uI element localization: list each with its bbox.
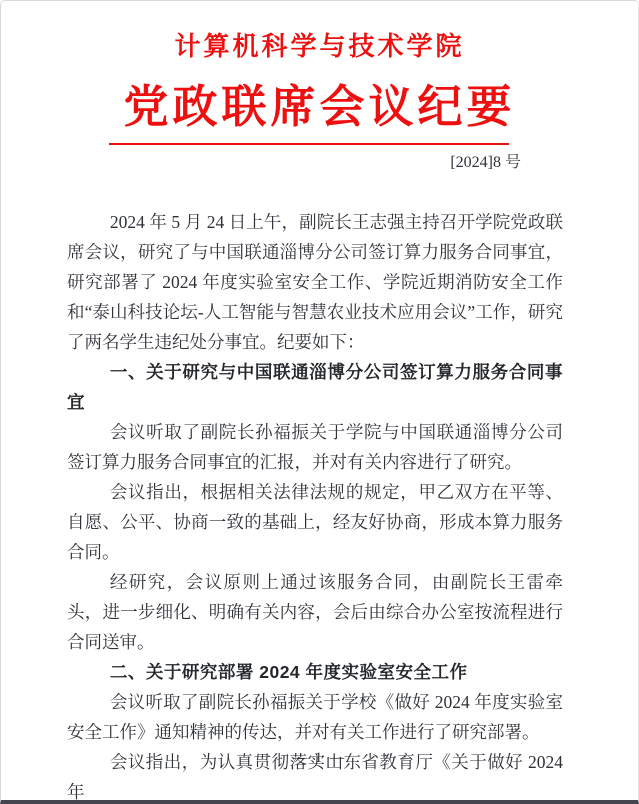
document-number: [2024]8 号 (1, 152, 638, 174)
organization-title: 计算机科学与技术学院 (1, 31, 638, 63)
document-title: 党政联席会议纪要 (1, 80, 638, 134)
paragraph-section2-report: 会议听取了副院长孙福振关于学校《做好 2024 年度实验室安全工作》通知精神的传… (67, 687, 563, 747)
red-divider-line (109, 143, 509, 145)
page-number: — 1 — (1, 750, 638, 767)
paragraph-section1-noted: 会议指出，根据相关法律法规的规定，甲乙双方在平等、自愿、公平、协商一致的基础上，… (67, 477, 563, 567)
section-heading-1: 一、关于研究与中国联通淄博分公司签订算力服务合同事宜 (67, 357, 563, 417)
document-page: 计算机科学与技术学院 党政联席会议纪要 [2024]8 号 2024 年 5 月… (0, 0, 639, 804)
paragraph-intro: 2024 年 5 月 24 日上午，副院长王志强主持召开学院党政联席会议，研究了… (67, 207, 563, 357)
paragraph-section1-report: 会议听取了副院长孙福振关于学院与中国联通淄博分公司签订算力服务合同事宜的汇报，并… (67, 417, 563, 477)
section-heading-2: 二、关于研究部署 2024 年度实验室安全工作 (67, 657, 563, 687)
paragraph-section1-resolution: 经研究，会议原则上通过该服务合同，由副院长王雷牵头，进一步细化、明确有关内容，会… (67, 567, 563, 657)
document-body: 2024 年 5 月 24 日上午，副院长王志强主持召开学院党政联席会议，研究了… (67, 207, 563, 804)
